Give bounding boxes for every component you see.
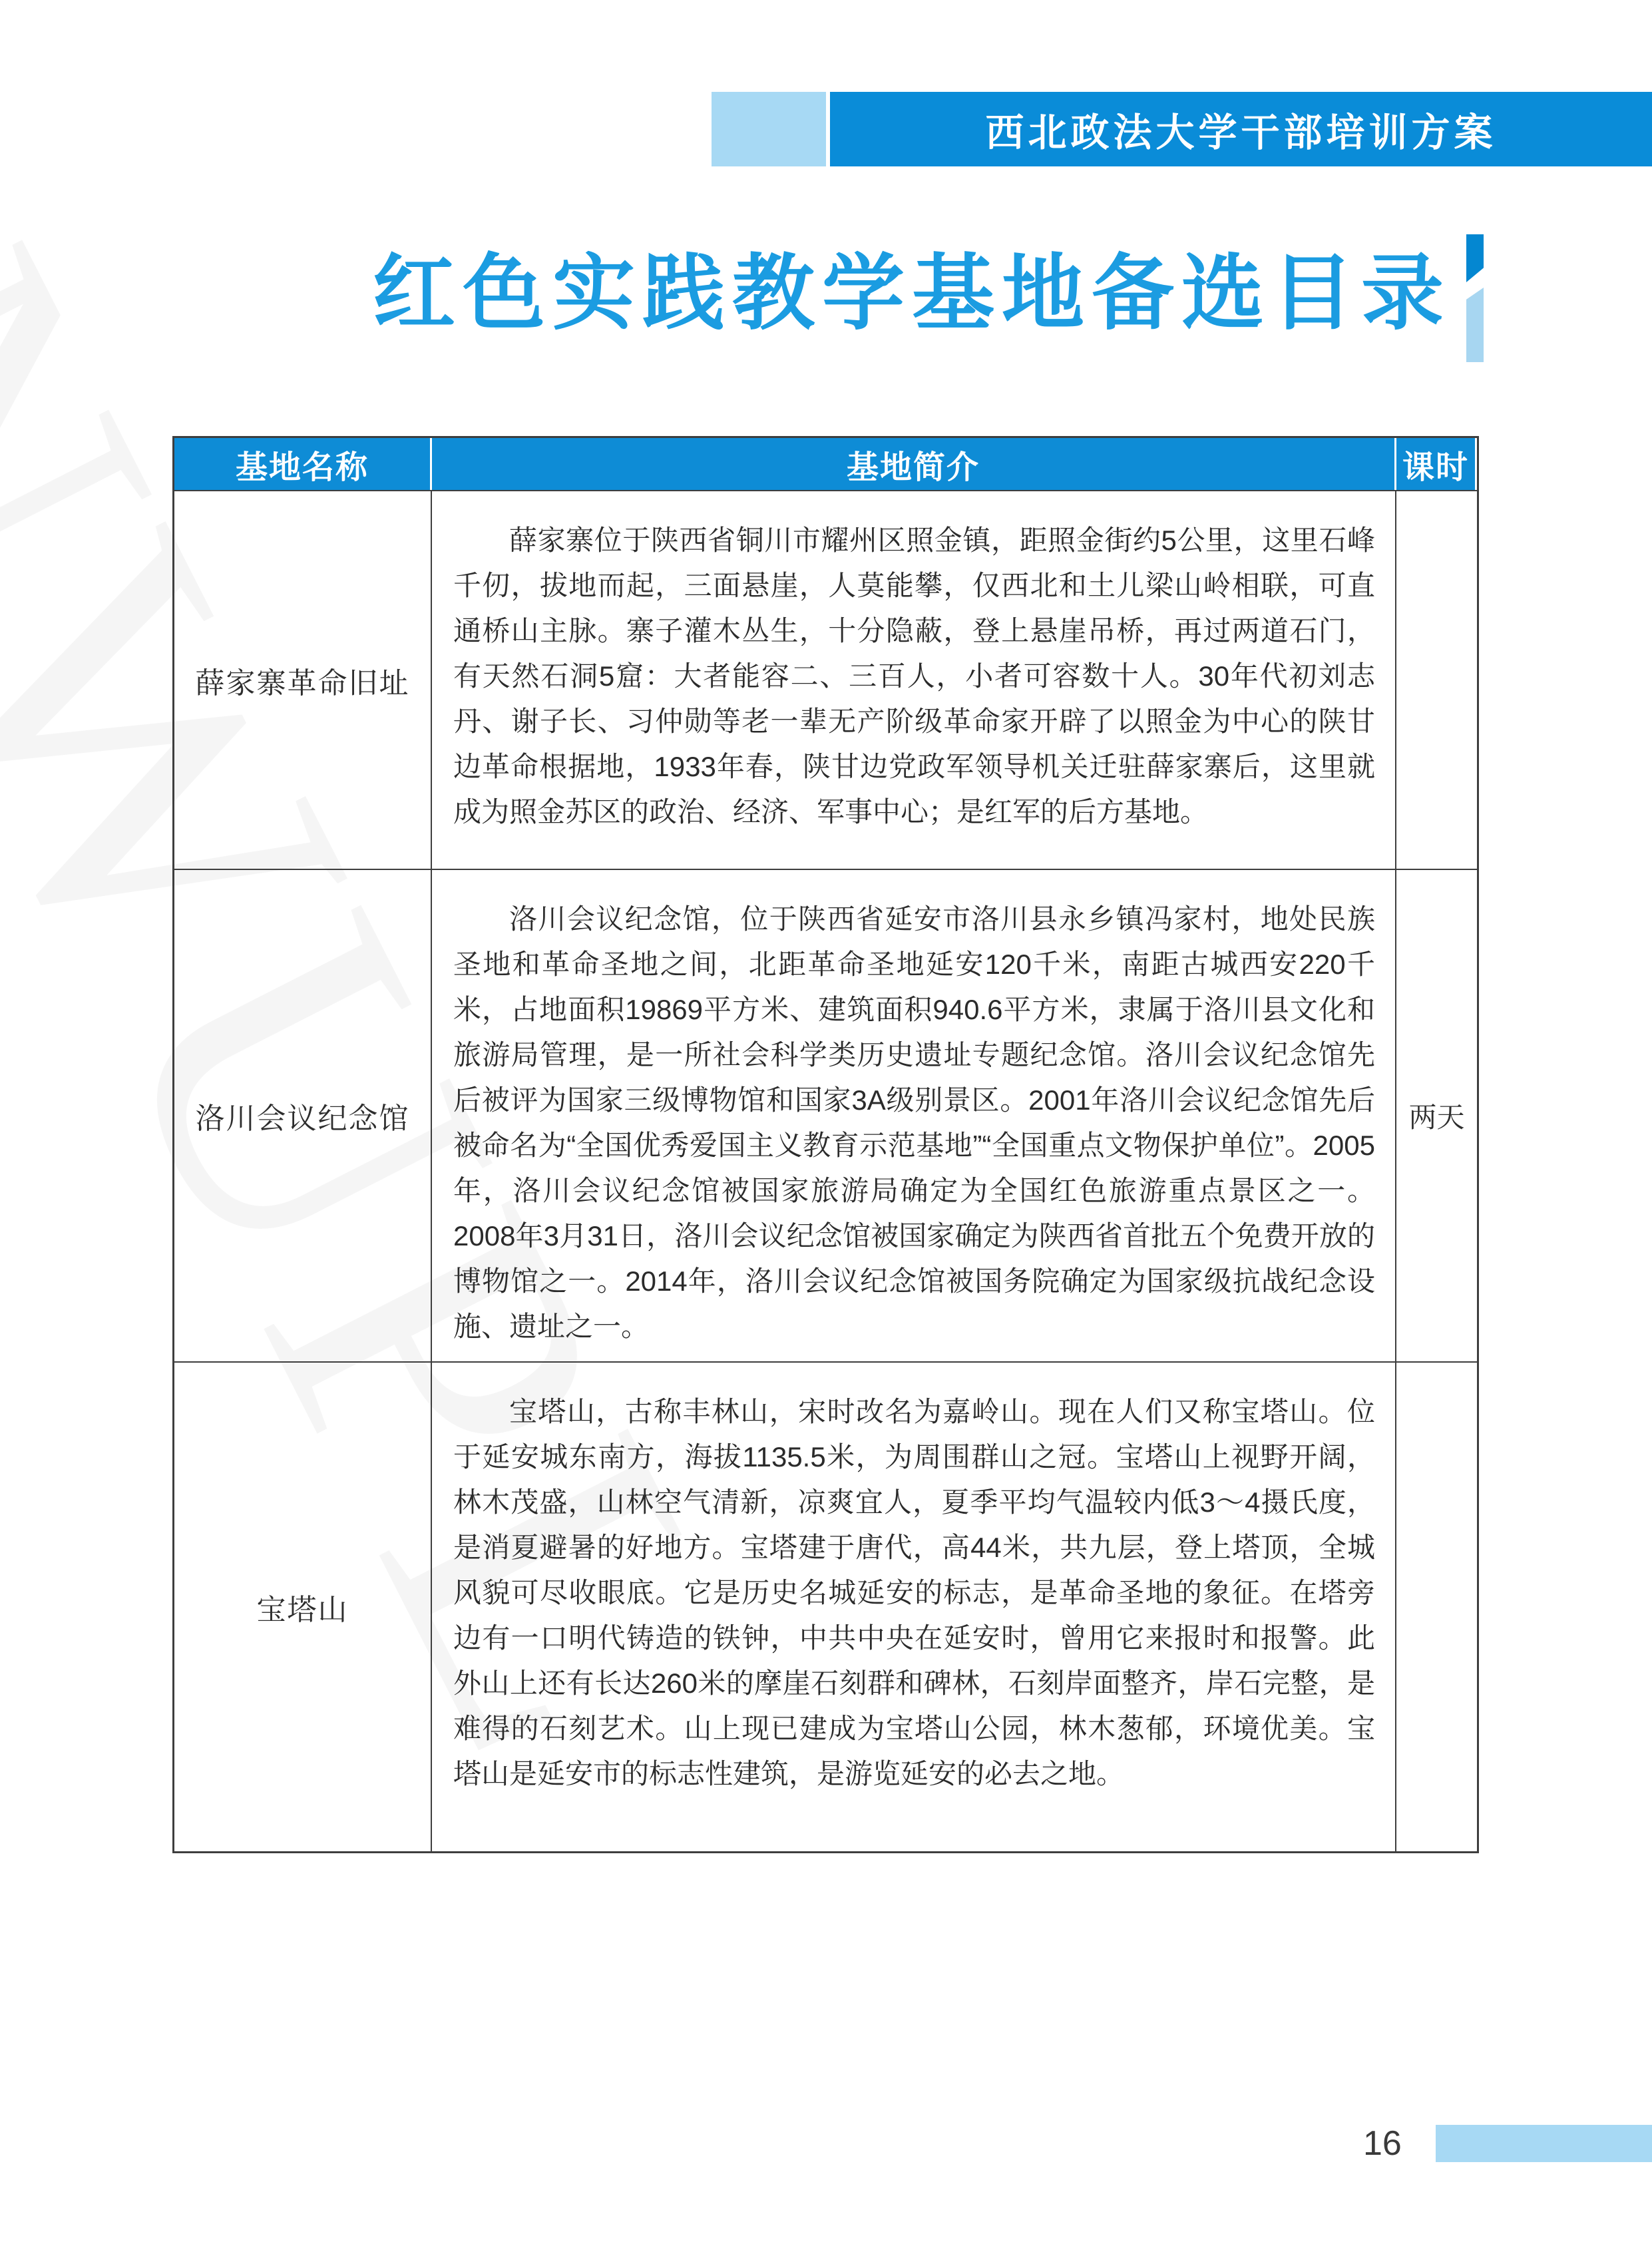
header-title: 西北政法大学干部培训方案 bbox=[985, 101, 1496, 157]
header-accent-block bbox=[712, 92, 826, 166]
bases-table: 基地名称 基地简介 课时 薛家寨革命旧址 薛家寨位于陕西省铜川市耀州区照金镇，距… bbox=[172, 436, 1479, 1853]
title-accent-bar bbox=[1466, 234, 1484, 362]
title-accent-bottom-segment bbox=[1466, 288, 1484, 362]
page-number: 16 bbox=[1363, 2124, 1402, 2163]
document-page: NWUPL 西北政法大学干部培训方案 红色实践教学基地备选目录 基地名称 基地简… bbox=[0, 0, 1652, 2242]
table-row-1-intro: 薛家寨位于陕西省铜川市耀州区照金镇，距照金街约5公里，这里石峰千仞，拔地而起，三… bbox=[432, 490, 1396, 869]
table-row-3-intro: 宝塔山，古称丰林山，宋时改名为嘉岭山。现在人们又称宝塔山。位于延安城东南方，海拔… bbox=[432, 1361, 1396, 1851]
table-row-3-intro-text: 宝塔山，古称丰林山，宋时改名为嘉岭山。现在人们又称宝塔山。位于延安城东南方，海拔… bbox=[453, 1389, 1375, 1797]
table-header-base-intro: 基地简介 bbox=[432, 438, 1396, 490]
title-accent-top-segment bbox=[1466, 234, 1484, 282]
table-row-1-intro-text: 薛家寨位于陕西省铜川市耀州区照金镇，距照金街约5公里，这里石峰千仞，拔地而起，三… bbox=[453, 518, 1375, 835]
table-row-2-name: 洛川会议纪念馆 bbox=[174, 869, 432, 1361]
table-row-1-name: 薛家寨革命旧址 bbox=[174, 490, 432, 869]
table-row-3-name: 宝塔山 bbox=[174, 1361, 432, 1851]
table-row-2-intro: 洛川会议纪念馆，位于陕西省延安市洛川县永乡镇冯家村，地处民族圣地和革命圣地之间，… bbox=[432, 869, 1396, 1361]
table-header-base-name: 基地名称 bbox=[174, 438, 432, 490]
table-row-3-hours bbox=[1396, 1361, 1477, 1851]
header-bar: 西北政法大学干部培训方案 bbox=[830, 92, 1652, 166]
page-title: 红色实践教学基地备选目录 bbox=[373, 248, 1451, 340]
footer-accent-bar bbox=[1436, 2125, 1652, 2162]
table-header-hours: 课时 bbox=[1396, 438, 1477, 490]
table-row-2-hours: 两天 bbox=[1396, 869, 1477, 1361]
table-row-1-hours bbox=[1396, 490, 1477, 869]
table-row-2-intro-text: 洛川会议纪念馆，位于陕西省延安市洛川县永乡镇冯家村，地处民族圣地和革命圣地之间，… bbox=[453, 897, 1375, 1349]
